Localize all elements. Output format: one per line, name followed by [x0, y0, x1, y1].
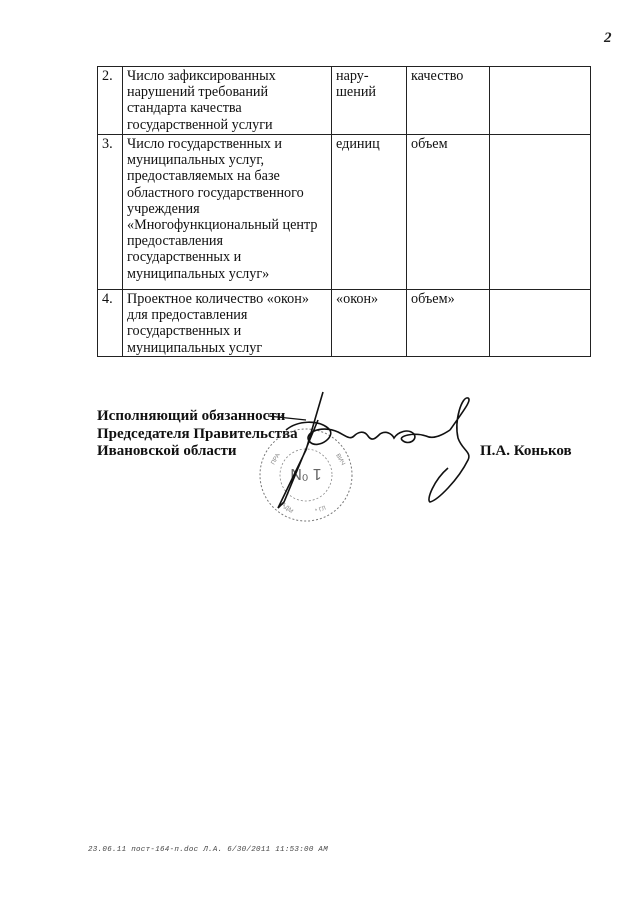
text-line: учреждения [127, 201, 327, 217]
text-line: государственных и [127, 323, 327, 339]
table-row: 2. Число зафиксированных нарушений требо… [98, 67, 591, 135]
row-number: 3. [98, 135, 123, 290]
indicator-value [490, 67, 591, 135]
indicator-type: объем [407, 135, 490, 290]
text-line: нару- [336, 68, 402, 84]
handwritten-signature-icon [258, 390, 488, 520]
text-line: стандарта качества [127, 100, 327, 116]
indicators-table: 2. Число зафиксированных нарушений требо… [97, 66, 591, 357]
row-number: 4. [98, 290, 123, 357]
page-number-mark: 2 [604, 30, 612, 47]
text-line: Число зафиксированных [127, 68, 327, 84]
text-line: государственной услуги [127, 117, 327, 133]
unit-of-measure: единиц [332, 135, 407, 290]
indicator-name: Число государственных и муниципальных ус… [123, 135, 332, 290]
signer-name: П.А. Коньков [480, 443, 572, 460]
text-line: предоставляемых на базе [127, 168, 327, 184]
text-line: Число государственных и [127, 136, 327, 152]
indicator-value [490, 290, 591, 357]
text-line: для предоставления [127, 307, 327, 323]
text-line: областного государственного [127, 185, 327, 201]
document-footer: 23.06.11 пост-164-п.doc Л.А. 6/30/2011 1… [88, 846, 328, 854]
text-line: муниципальных услуг, [127, 152, 327, 168]
text-line: муниципальных услуг» [127, 266, 327, 282]
text-line: «окон» [336, 291, 402, 307]
text-line: «Многофункциональный центр [127, 217, 327, 233]
text-line: государственных и [127, 249, 327, 265]
unit-of-measure: «окон» [332, 290, 407, 357]
indicator-type: качество [407, 67, 490, 135]
text-line: предоставления [127, 233, 327, 249]
row-number: 2. [98, 67, 123, 135]
text-line: Проектное количество «окон» [127, 291, 327, 307]
text-line: единиц [336, 136, 402, 152]
text-line: муниципальных услуг [127, 340, 327, 356]
table-row: 4. Проектное количество «окон» для предо… [98, 290, 591, 357]
indicator-name: Число зафиксированных нарушений требован… [123, 67, 332, 135]
text-line: нарушений требований [127, 84, 327, 100]
indicator-type: объем» [407, 290, 490, 357]
indicator-value [490, 135, 591, 290]
indicator-name: Проектное количество «окон» для предоста… [123, 290, 332, 357]
text-line: шений [336, 84, 402, 100]
table-row: 3. Число государственных и муниципальных… [98, 135, 591, 290]
unit-of-measure: нару- шений [332, 67, 407, 135]
